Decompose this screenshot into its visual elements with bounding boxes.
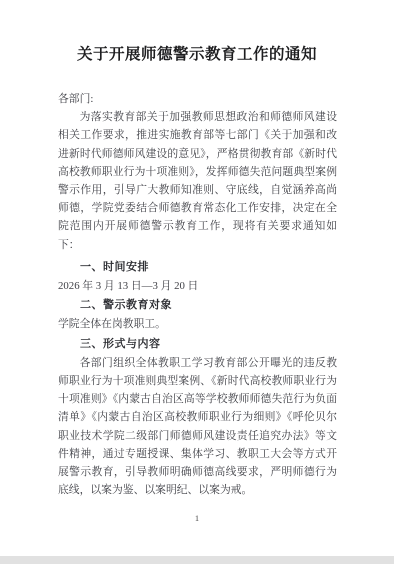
section-2-heading: 二、警示教育对象 (58, 296, 337, 315)
section-3-heading: 三、形式与内容 (58, 335, 337, 354)
salutation: 各部门: (58, 90, 337, 108)
section-2-body: 学院全体在岗教职工。 (58, 315, 337, 334)
document-body: 各部门: 为落实教育部关于加强教师思想政治和师德师风建设相关工作要求，推进实施教… (0, 90, 394, 499)
document-page: 关于开展师德警示教育工作的通知 各部门: 为落实教育部关于加强教师思想政治和师德… (0, 0, 394, 556)
page-title: 关于开展师德警示教育工作的通知 (0, 0, 394, 65)
section-1-heading: 一、时间安排 (58, 258, 337, 277)
page-number: 1 (0, 513, 394, 523)
section-3-body: 各部门组织全体教职工学习教育部公开曝光的违反教师职业行为十项准则典型案例、《新时… (58, 354, 337, 500)
intro-paragraph: 为落实教育部关于加强教师思想政治和师德师风建设相关工作要求，推进实施教育部等七部… (58, 108, 337, 254)
section-1-body: 2026 年 3 月 13 日—3 月 20 日 (58, 277, 337, 296)
